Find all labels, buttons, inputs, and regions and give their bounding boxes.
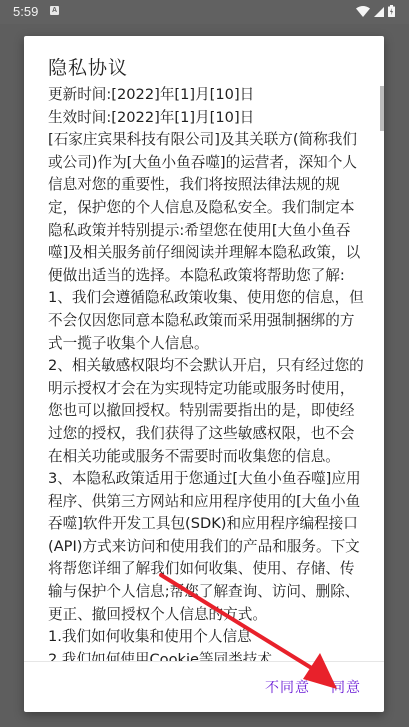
privacy-dialog: 隐私协议 更新时间:[2022]年[1]月[10]日 生效时间:[2022]年[… (24, 36, 384, 712)
body-line: 式一揽子收集个人信息。 (48, 333, 374, 356)
status-bar: 5:59 A (0, 0, 409, 24)
body-line: 过您的授权，我们获得了这些敏感权限，也不会 (48, 423, 374, 446)
body-line: 更正、撤回授权个人信息的方式。 (48, 604, 374, 627)
screen: 5:59 A 隐私协议 更新时间:[2022]年[1]月[10]日 生效时间:[… (0, 0, 409, 727)
body-line: 程序、供第三方网站和应用程序使用的[大鱼小鱼 (48, 491, 374, 514)
body-line: 2.我们如何使用Cookie等同类技术 (48, 649, 374, 661)
status-time: 5:59 (13, 4, 38, 19)
battery-charging-icon (388, 4, 395, 22)
wifi-icon (356, 4, 370, 22)
body-line: 明示授权才会在为实现特定功能或服务时使用， (48, 378, 374, 401)
scrollbar-thumb[interactable] (380, 86, 384, 131)
body-line: 在相关功能或服务不需要时而收集您的信息。 (48, 446, 374, 469)
body-line: 1.我们如何收集和使用个人信息 (48, 626, 374, 649)
body-line: (API)方式来访问和使用我们的产品和服务。下文 (48, 536, 374, 559)
body-line: [石家庄宾果科技有限公司]及其关联方(简称我们 (48, 129, 374, 152)
privacy-policy-text[interactable]: 更新时间:[2022]年[1]月[10]日 生效时间:[2022]年[1]月[1… (48, 84, 374, 661)
body-line: 吞噬]软件开发工具包(SDK)和应用程序编程接口 (48, 513, 374, 536)
disagree-button[interactable]: 不同意 (265, 677, 310, 697)
dialog-actions: 不同意 同意 (24, 662, 384, 712)
body-line: 或公司)作为[大鱼小鱼吞噬]的运营者，深知个人 (48, 152, 374, 175)
notification-icon: A (50, 6, 59, 15)
body-line: 定，保护您的个人信息及隐私安全。我们制定本 (48, 197, 374, 220)
signal-icon (374, 4, 384, 22)
body-line: 更新时间:[2022]年[1]月[10]日 (48, 84, 374, 107)
body-line: 将帮您详细了解我们如何收集、使用、存储、传 (48, 558, 374, 581)
status-icons (356, 4, 395, 22)
body-line: 生效时间:[2022]年[1]月[10]日 (48, 107, 374, 130)
body-line: 2、相关敏感权限均不会默认开启，只有经过您的 (48, 355, 374, 378)
body-line: 噬]及相关服务前仔细阅读并理解本隐私政策，以 (48, 242, 374, 265)
body-line: 隐私政策并特别提示:希望您在使用[大鱼小鱼吞 (48, 220, 374, 243)
body-line: 不会仅因您同意本隐私政策而采用强制捆绑的方 (48, 310, 374, 333)
body-line: 便做出适当的选择。本隐私政策将帮助您了解: (48, 265, 374, 288)
body-line: 信息对您的重要性，我们将按照法律法规的规 (48, 174, 374, 197)
body-line: 1、我们会遵循隐私政策收集、使用您的信息，但 (48, 287, 374, 310)
agree-button[interactable]: 同意 (331, 677, 361, 697)
body-line: 输与保护个人信息;帮您了解查询、访问、删除、 (48, 581, 374, 604)
body-line: 3、本隐私政策适用于您通过[大鱼小鱼吞噬]应用 (48, 468, 374, 491)
dialog-title: 隐私协议 (48, 53, 128, 80)
body-line: 您也可以撤回授权。特别需要指出的是，即使经 (48, 400, 374, 423)
